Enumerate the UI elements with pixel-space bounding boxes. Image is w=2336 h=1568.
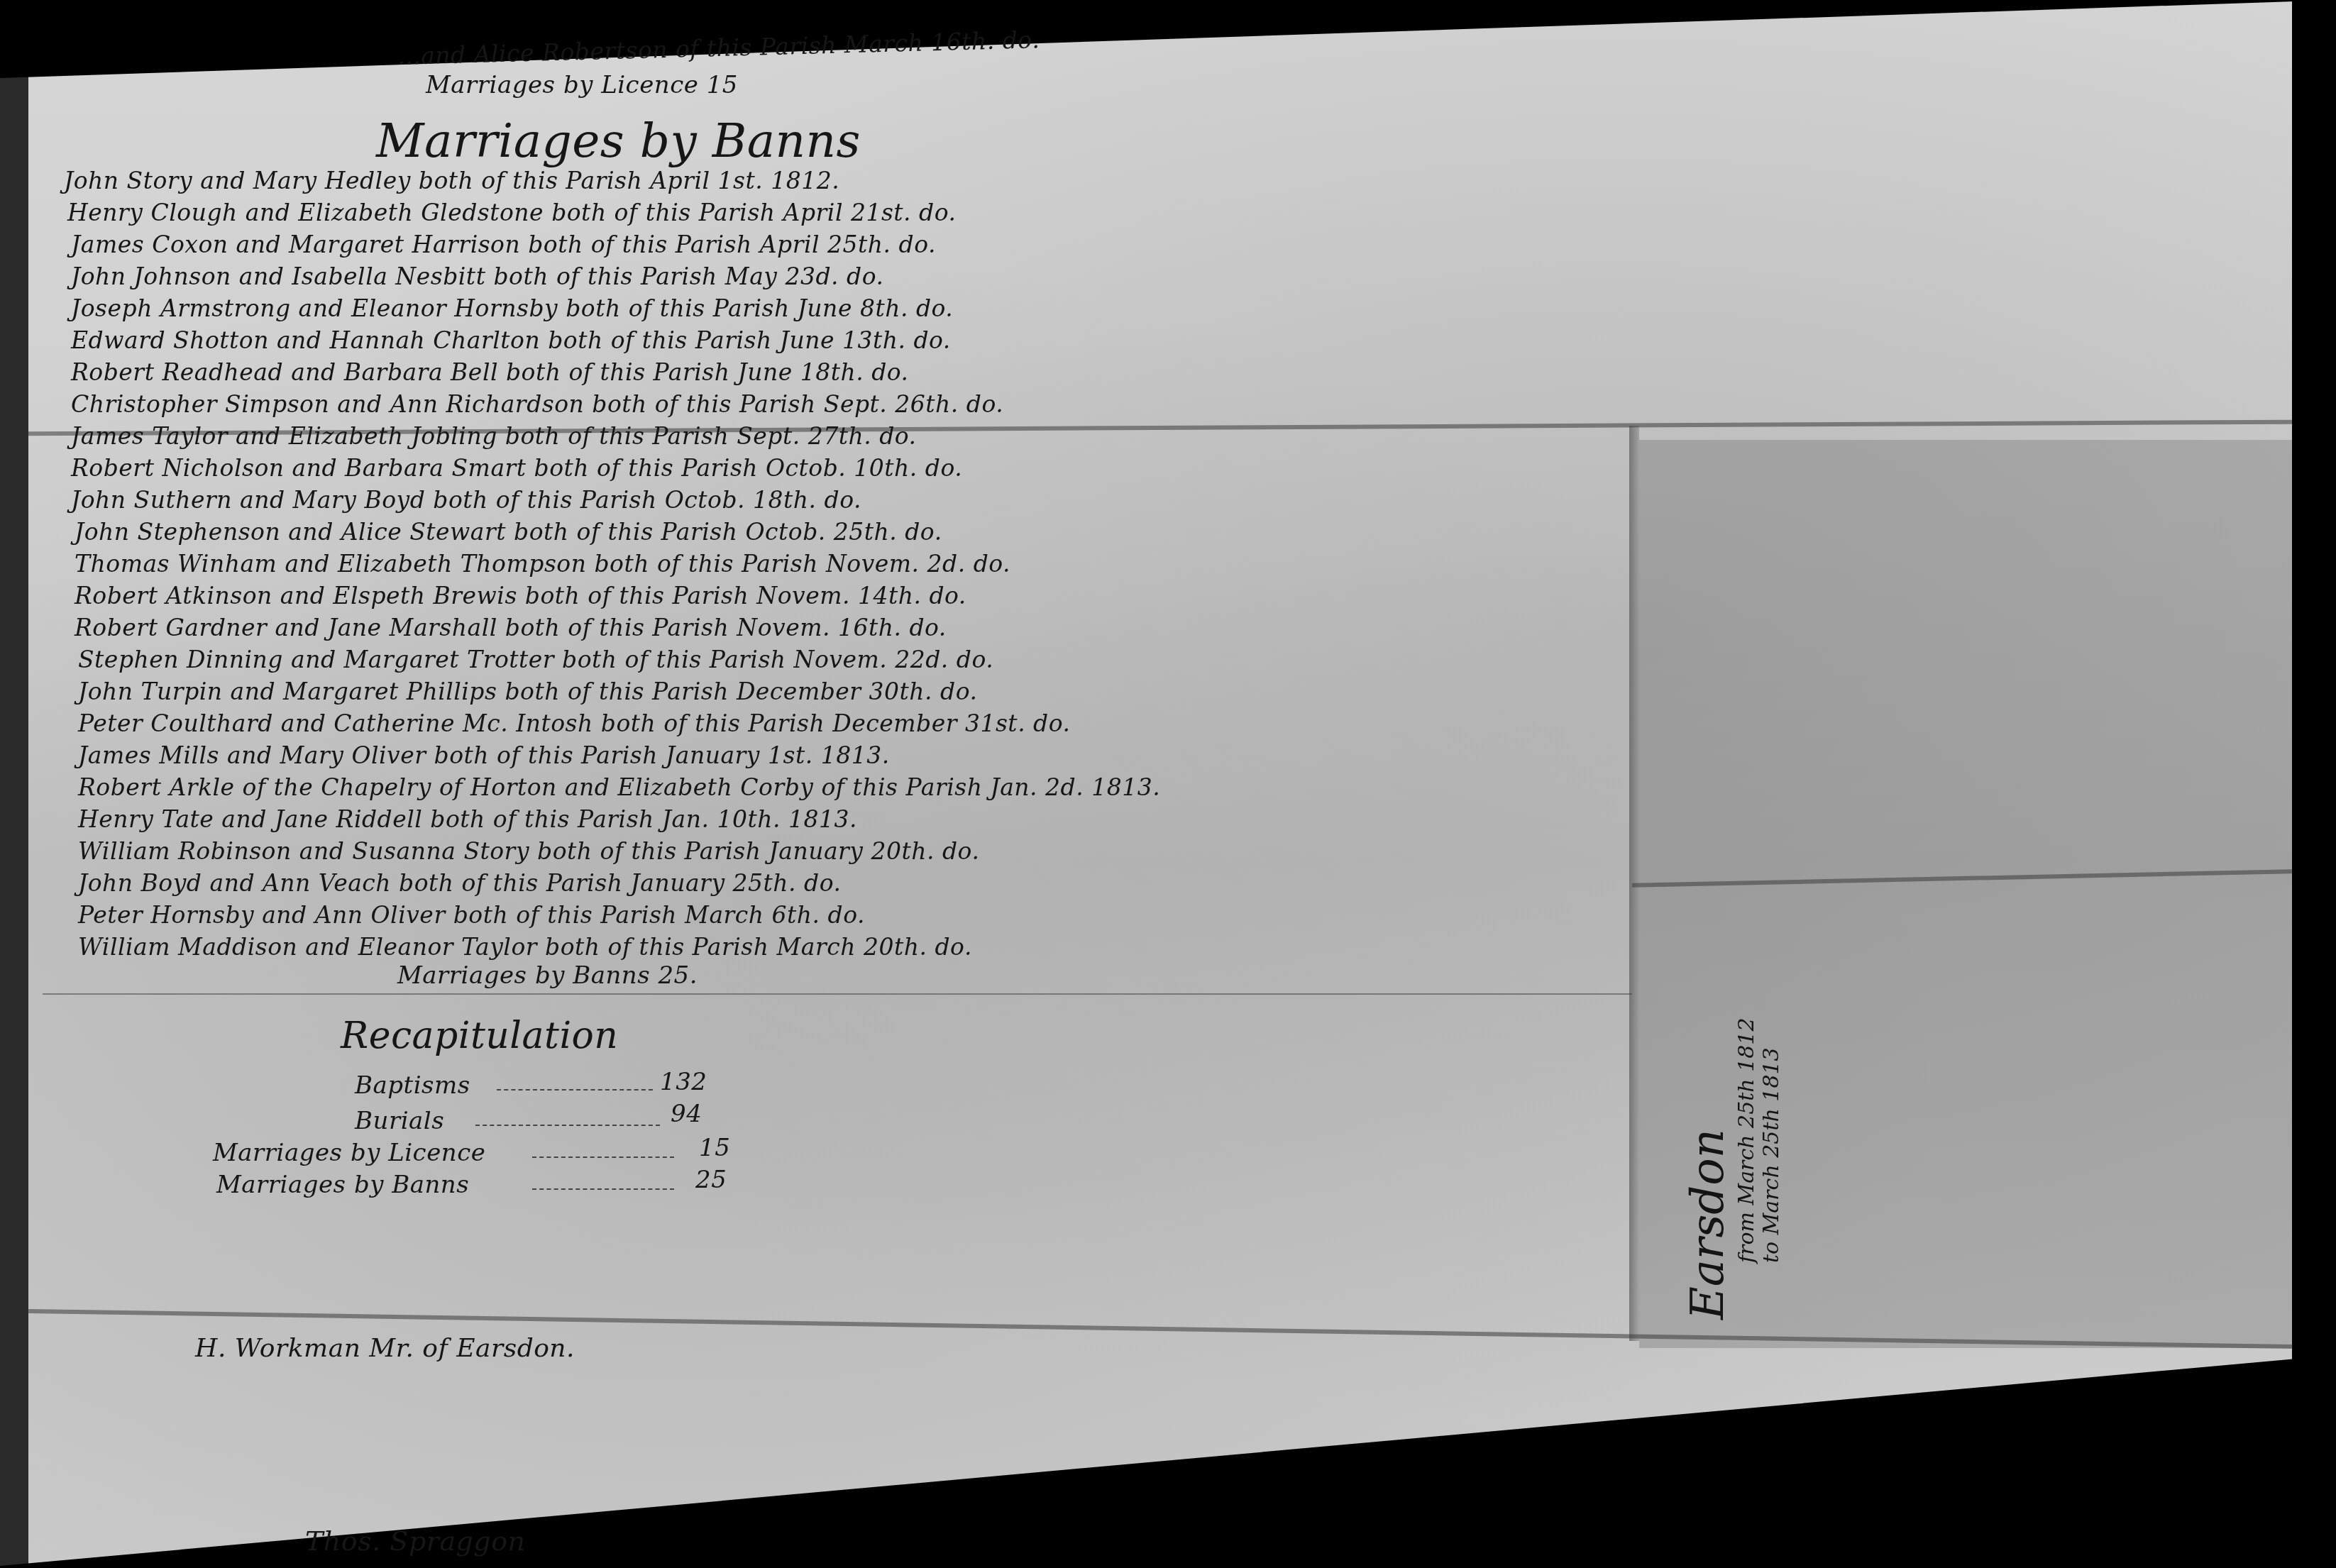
licence-total-line: Marriages by Licence 15 <box>426 71 738 99</box>
banns-entry: Henry Clough and Elizabeth Gledstone bot… <box>67 199 957 226</box>
banns-entry: John Boyd and Ann Veach both of this Par… <box>78 869 841 897</box>
banns-entry: John Suthern and Mary Boyd both of this … <box>71 486 861 514</box>
banns-entry: John Story and Mary Hedley both of this … <box>64 167 839 194</box>
scan-left-border <box>0 71 28 1568</box>
banns-entry: Peter Hornsby and Ann Oliver both of thi… <box>78 901 865 929</box>
recap-label-marriages-banns: Marriages by Banns <box>216 1171 469 1199</box>
banns-entry: Robert Arkle of the Chapelry of Horton a… <box>78 773 1160 801</box>
banns-entry: James Coxon and Margaret Harrison both o… <box>71 231 936 258</box>
recap-value-burials: 94 <box>671 1100 702 1128</box>
dotted-leader <box>475 1125 660 1126</box>
banns-entry: Joseph Armstrong and Eleanor Hornsby bot… <box>71 294 953 322</box>
banns-entry: Christopher Simpson and Ann Richardson b… <box>71 390 1003 418</box>
banns-entry: Robert Nicholson and Barbara Smart both … <box>71 454 962 482</box>
banns-heading: Marriages by Banns <box>376 114 861 168</box>
endorsement-to: to March 25th 1813 <box>1759 1017 1784 1263</box>
endorsement: Earsdon from March 25th 1812 to March 25… <box>1682 1017 1784 1320</box>
banns-entry: John Johnson and Isabella Nesbitt both o… <box>71 263 883 290</box>
recap-value-marriages-licence: 15 <box>699 1134 730 1162</box>
banns-entry: Stephen Dinning and Margaret Trotter bot… <box>78 646 993 673</box>
banns-entry: William Robinson and Susanna Story both … <box>78 837 979 865</box>
recap-value-baptisms: 132 <box>660 1068 707 1096</box>
dotted-leader <box>532 1156 674 1158</box>
scan-right-border <box>2292 0 2336 1568</box>
section-divider-rule <box>43 993 1632 995</box>
banns-entry: Robert Atkinson and Elspeth Brewis both … <box>75 582 966 609</box>
banns-entry: Edward Shotton and Hannah Charlton both … <box>71 326 951 354</box>
churchwarden-signature: Thos. Spraggon <box>305 1525 526 1557</box>
banns-entry: Robert Readhead and Barbara Bell both of… <box>71 358 909 386</box>
recap-label-marriages-licence: Marriages by Licence <box>213 1139 485 1167</box>
banns-entry: William Maddison and Eleanor Taylor both… <box>78 933 972 961</box>
dotted-leader <box>497 1089 653 1091</box>
banns-entry: Thomas Winham and Elizabeth Thompson bot… <box>75 550 1010 578</box>
banns-total-line: Marriages by Banns 25. <box>397 961 698 990</box>
banns-entry: Peter Coulthard and Catherine Mc. Intosh… <box>78 710 1071 737</box>
minister-signature: H. Workman Mr. of Earsdon. <box>195 1334 575 1363</box>
banns-entry: John Turpin and Margaret Phillips both o… <box>78 678 977 705</box>
banns-entry: John Stephenson and Alice Stewart both o… <box>75 518 942 546</box>
banns-entry: Henry Tate and Jane Riddell both of this… <box>78 805 857 833</box>
recap-value-marriages-banns: 25 <box>695 1166 727 1194</box>
endorsement-place: Earsdon <box>1682 1017 1734 1320</box>
banns-entry: Robert Gardner and Jane Marshall both of… <box>75 614 947 641</box>
endorsement-from: from March 25th 1812 <box>1734 1017 1759 1263</box>
recap-label-burials: Burials <box>355 1107 444 1135</box>
dotted-leader <box>532 1188 674 1190</box>
recap-label-baptisms: Baptisms <box>355 1071 470 1100</box>
recapitulation-title: Recapitulation <box>341 1015 618 1057</box>
banns-entry: James Taylor and Elizabeth Jobling both … <box>71 422 917 450</box>
banns-entry: James Mills and Mary Oliver both of this… <box>78 741 890 769</box>
